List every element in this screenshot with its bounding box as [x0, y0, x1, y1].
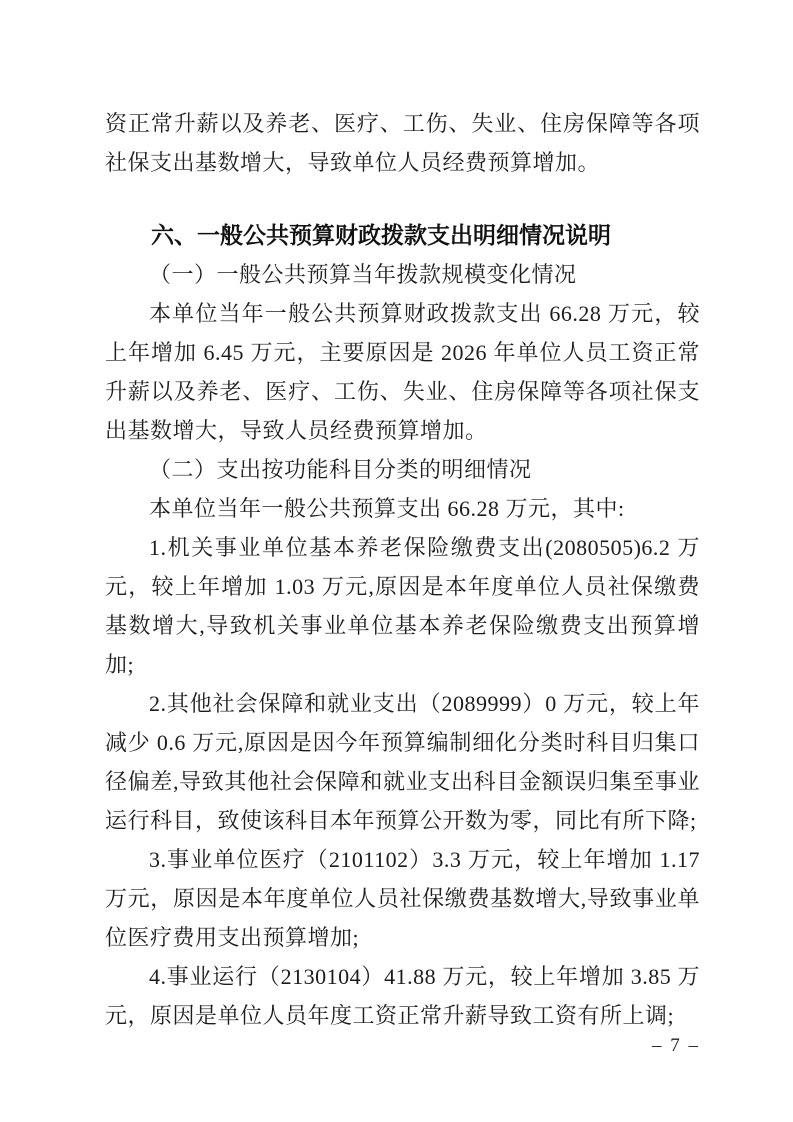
- expense-item-4: 4.事业运行（2130104）41.88 万元，较上年增加 3.85 万元，原因…: [105, 957, 700, 1035]
- paragraph-continuation: 资正常升薪以及养老、医疗、工伤、失业、住房保障等各项社保支出基数增大，导致单位人…: [105, 104, 700, 182]
- expense-item-2: 2.其他社会保障和就业支出（2089999）0 万元，较上年减少 0.6 万元,…: [105, 684, 700, 840]
- expense-item-1: 1.机关事业单位基本养老保险缴费支出(2080505)6.2 万元，较上年增加 …: [105, 528, 700, 684]
- subsection-one-heading: （一）一般公共预算当年拨款规模变化情况: [105, 255, 700, 294]
- document-page: 资正常升薪以及养老、医疗、工伤、失业、住房保障等各项社保支出基数增大，导致单位人…: [0, 0, 793, 1122]
- expense-item-3: 3.事业单位医疗（2101102）3.3 万元，较上年增加 1.17 万元，原因…: [105, 840, 700, 957]
- section-heading-six: 六、一般公共预算财政拨款支出明细情况说明: [105, 216, 700, 255]
- subsection-two-intro: 本单位当年一般公共预算支出 66.28 万元，其中:: [105, 489, 700, 528]
- subsection-two-heading: （二）支出按功能科目分类的明细情况: [105, 450, 700, 489]
- page-number: – 7 –: [652, 1034, 700, 1058]
- subsection-one-paragraph: 本单位当年一般公共预算财政拨款支出 66.28 万元，较上年增加 6.45 万元…: [105, 294, 700, 450]
